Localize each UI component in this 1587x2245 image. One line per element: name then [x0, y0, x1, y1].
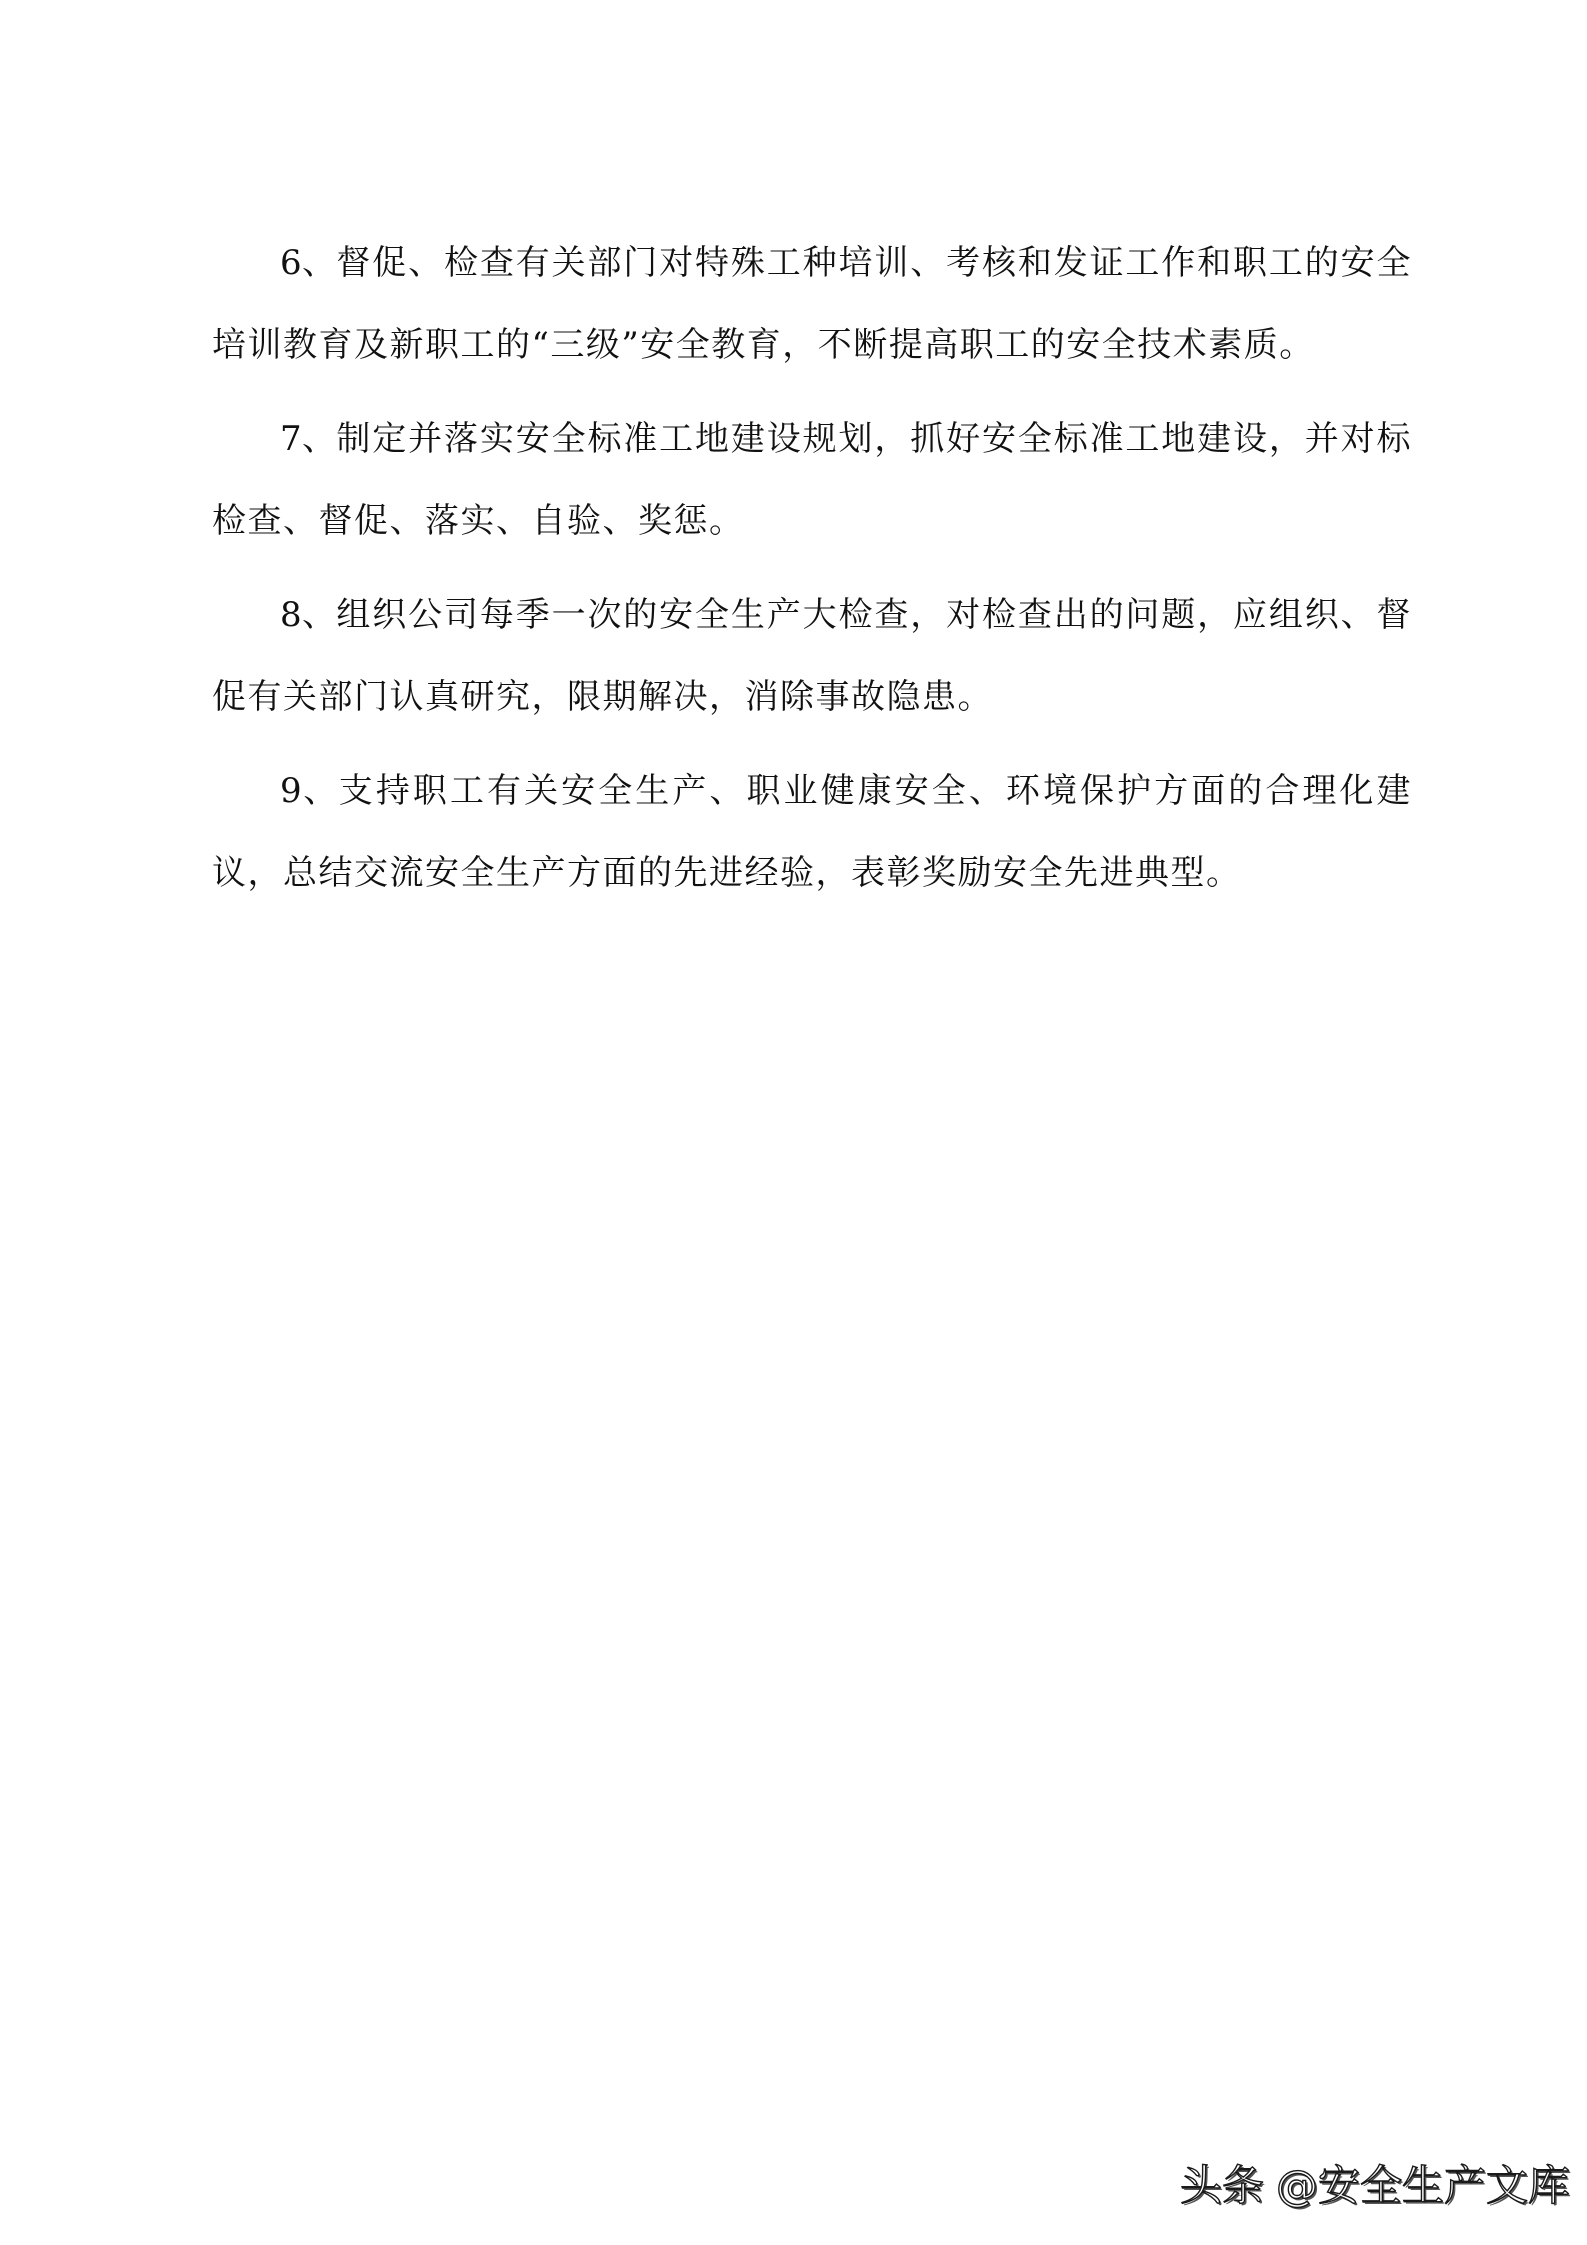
- paragraph-number: 7、: [280, 419, 336, 459]
- document-body: 6、督促、检查有关部门对特殊工种培训、考核和发证工作和职工的安全培训教育及新职工…: [212, 222, 1412, 926]
- paragraph-item-7: 7、制定并落实安全标准工地建设规划，抓好安全标准工地建设，并对标检查、督促、落实…: [212, 398, 1412, 562]
- paragraph-text: 制定并落实安全标准工地建设规划，抓好安全标准工地建设，并对标检查、督促、落实、自…: [212, 419, 1412, 541]
- paragraph-item-6: 6、督促、检查有关部门对特殊工种培训、考核和发证工作和职工的安全培训教育及新职工…: [212, 222, 1412, 386]
- paragraph-number: 8、: [280, 595, 336, 635]
- paragraph-text: 督促、检查有关部门对特殊工种培训、考核和发证工作和职工的安全培训教育及新职工的“…: [212, 243, 1412, 365]
- paragraph-item-9: 9、支持职工有关安全生产、职业健康安全、环境保护方面的合理化建议，总结交流安全生…: [212, 750, 1412, 914]
- watermark-platform: 头条: [1180, 2161, 1264, 2210]
- document-page: 6、督促、检查有关部门对特殊工种培训、考核和发证工作和职工的安全培训教育及新职工…: [0, 0, 1587, 2245]
- paragraph-text: 支持职工有关安全生产、职业健康安全、环境保护方面的合理化建议，总结交流安全生产方…: [212, 771, 1412, 893]
- watermark-account: @安全生产文库: [1276, 2161, 1570, 2210]
- paragraph-number: 9、: [280, 771, 339, 811]
- paragraph-text: 组织公司每季一次的安全生产大检查，对检查出的问题，应组织、督促有关部门认真研究，…: [212, 595, 1412, 717]
- source-watermark: 头条@安全生产文库: [1180, 2158, 1570, 2214]
- paragraph-item-8: 8、组织公司每季一次的安全生产大检查，对检查出的问题，应组织、督促有关部门认真研…: [212, 574, 1412, 738]
- paragraph-number: 6、: [280, 243, 336, 283]
